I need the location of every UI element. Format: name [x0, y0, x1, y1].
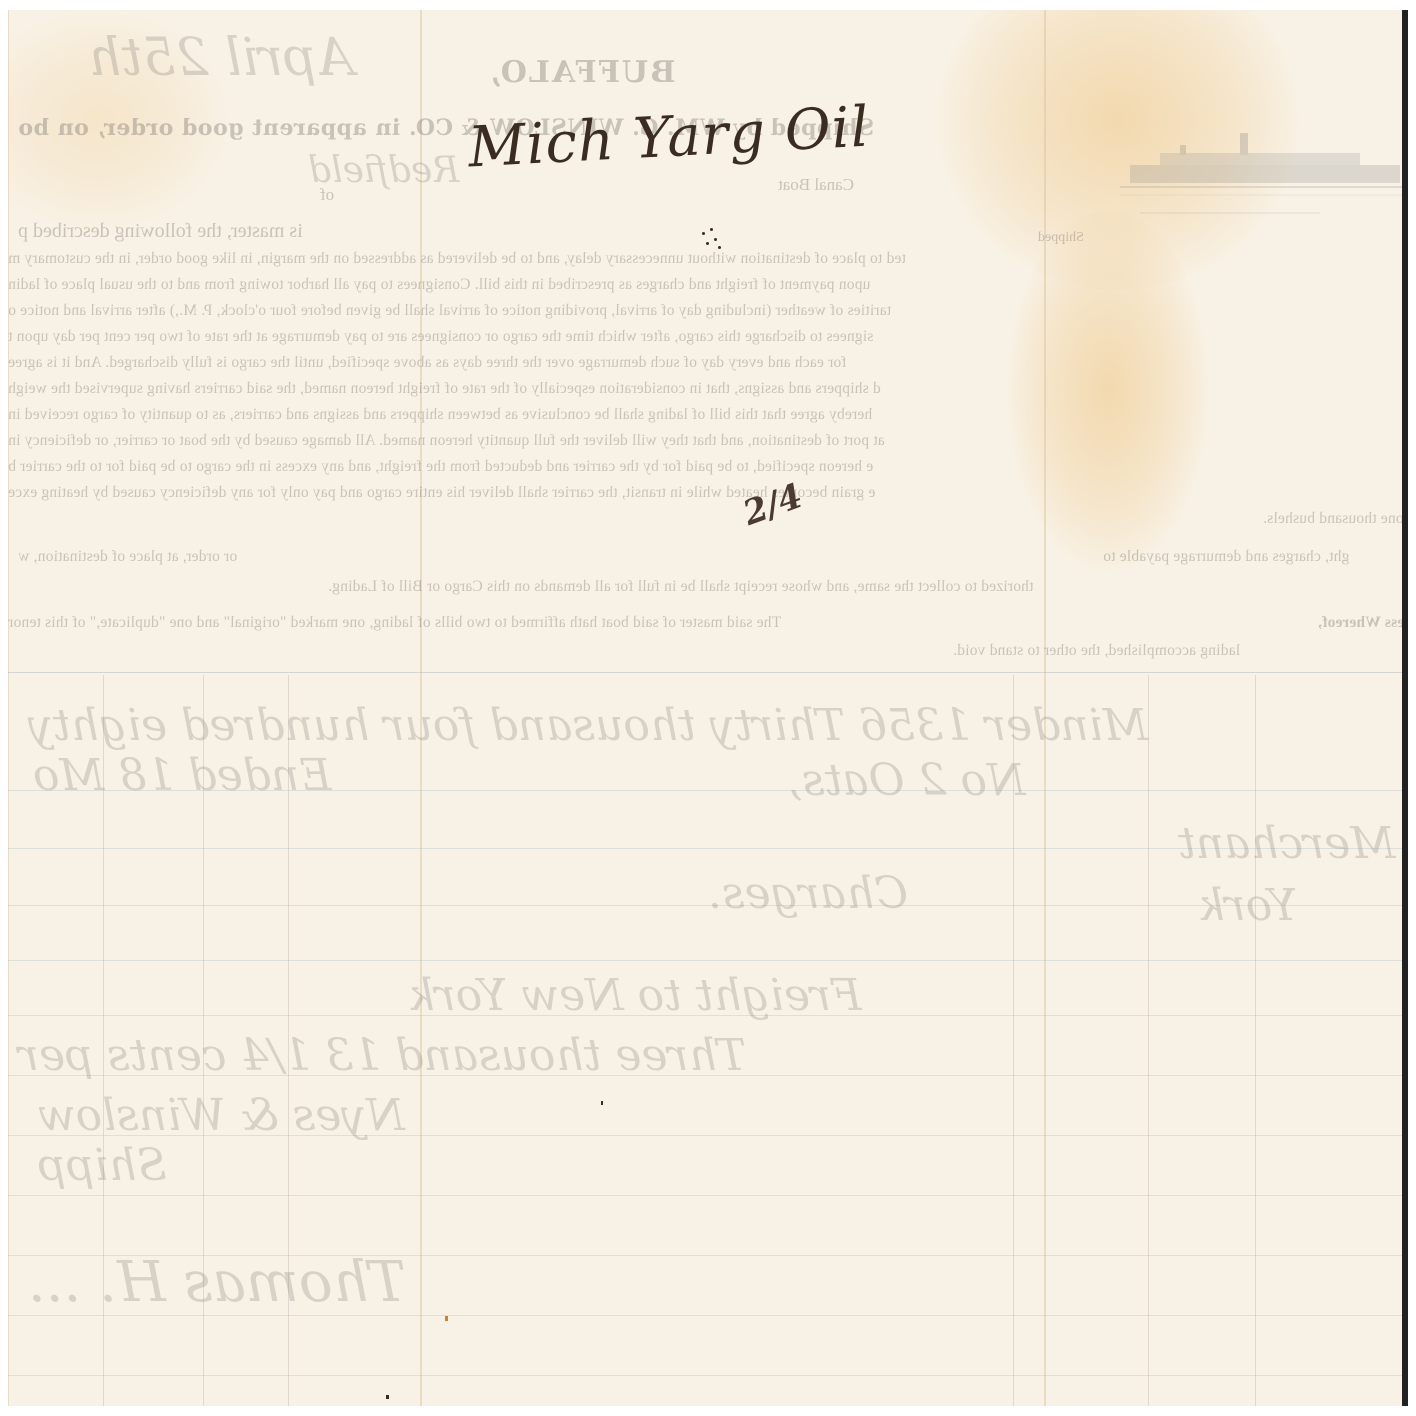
header-of-label: of	[320, 185, 334, 205]
ledger-entry-york: York	[1198, 880, 1297, 931]
paper-speck	[386, 1395, 389, 1399]
ledger-entry-merchant: Merchant	[1178, 818, 1395, 869]
terms-line: tarities of weather (including day of ar…	[8, 302, 891, 320]
fold-line-far-left	[8, 10, 9, 1406]
terms-line: ch one thousand bushels.	[1263, 510, 1408, 528]
whereof-line: The said master of said boat hath affirm…	[8, 614, 781, 632]
void-line: lading accomplished, the other to stand …	[953, 642, 1240, 660]
header-master-line: is master, the following described p	[18, 220, 303, 243]
ledger-entry-ended: Ended 18 Mo	[33, 750, 331, 801]
ledger-entry-quantity: Minder 1356 Thirty thousand four hundred…	[28, 700, 1148, 751]
ledger-entry-rate: Three thousand 13 1/4 cents per	[18, 1030, 746, 1081]
water-stain-middle	[1008, 210, 1208, 570]
ledger-entry-freight: Freight to New York	[408, 970, 862, 1021]
handwritten-notation: Mich Yarg Oil	[467, 95, 871, 181]
ledger-entry-shipper: Nyes & Winslow	[38, 1090, 405, 1141]
terms-line: upon payment of freight and charges as p…	[8, 276, 870, 294]
paper-speck	[445, 1316, 448, 1321]
terms-line: e hereon specified, to be paid for by th…	[8, 458, 873, 476]
document-sheet: BUFFALO, April 25th Shipped by WM. G. WI…	[8, 10, 1408, 1406]
ledger-entry-charges: Charges.	[708, 868, 908, 919]
header-shipped-label: Shipped	[1038, 230, 1084, 246]
payable-line: ght, charges and demurrage payable to	[1103, 548, 1349, 566]
header-canal-boat-label: Canal Boat	[778, 175, 854, 195]
header-date: April 25th	[88, 28, 354, 88]
header-city: BUFFALO,	[488, 55, 676, 90]
payable-suffix: or order, at place of destination, w	[18, 548, 237, 566]
scan-edge	[1402, 10, 1408, 1406]
terms-line: d shippers and assigns, that in consider…	[8, 380, 881, 398]
terms-line: signees to discharge this cargo, after w…	[8, 328, 873, 346]
terms-line: ted to place of destination without unne…	[8, 250, 906, 268]
terms-line: hereby agree that this bill of lading sh…	[8, 406, 872, 424]
ink-spatter	[700, 228, 724, 252]
authorized-line: thorized to collect the same, and whose …	[328, 578, 1033, 596]
ledger-entry-grain: No 2 Oats,	[788, 755, 1026, 806]
paper-speck	[601, 1101, 603, 1105]
ledger-entry-shipp: Shipp	[38, 1140, 167, 1191]
ledger-entry-signature: Thomas H. ...	[28, 1250, 406, 1315]
terms-line: at port of destination, and that they wi…	[8, 432, 885, 450]
ship-vignette-icon	[1120, 125, 1408, 220]
whereof-label: ness Whereof,	[1318, 614, 1408, 632]
terms-line: for each and every day of such demurrage…	[8, 354, 847, 372]
